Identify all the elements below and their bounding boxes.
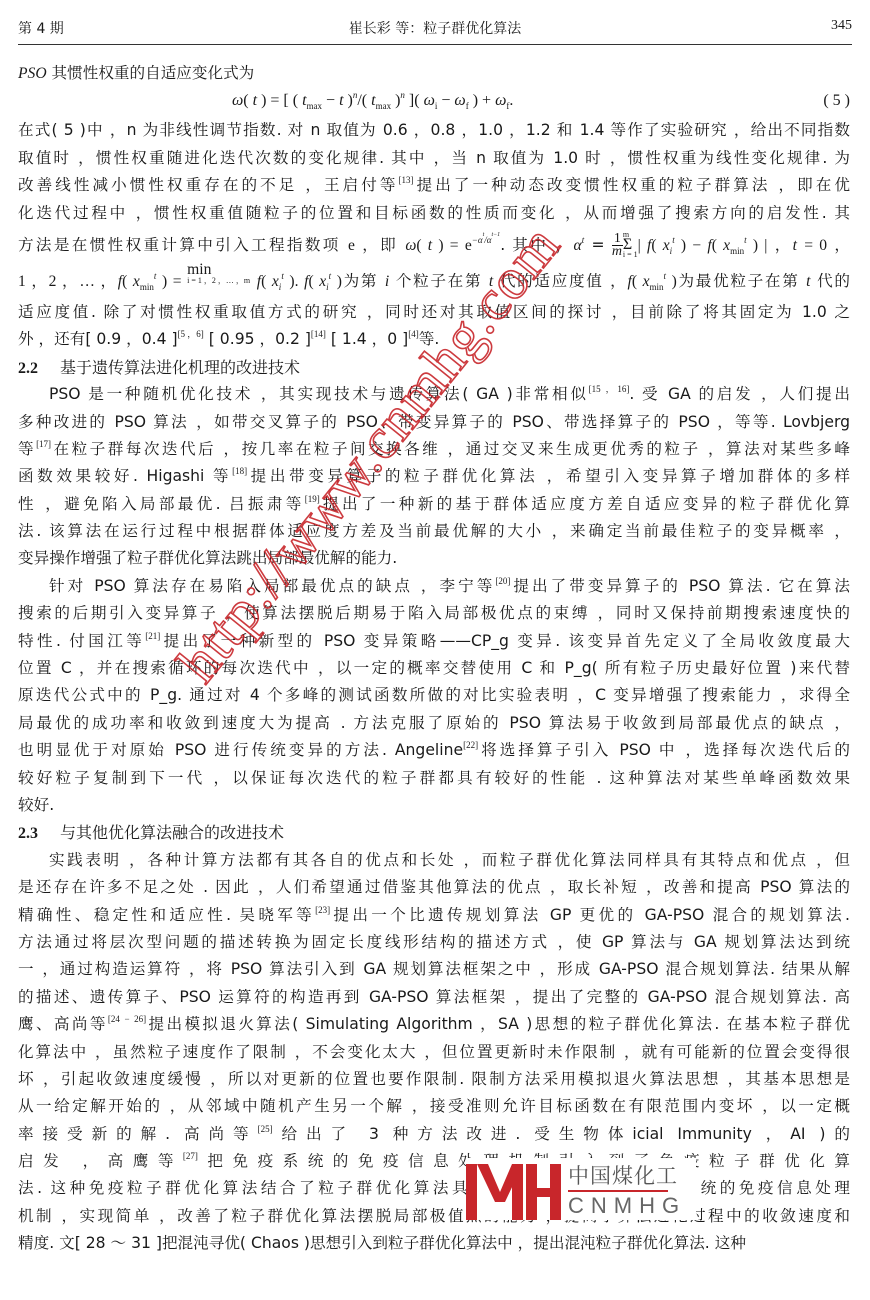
citation[interactable]: [20] xyxy=(495,576,510,586)
text-line: 也明显优于对原始 PSO 进行传统变异的方法. Angeline[22]将选择算… xyxy=(18,737,850,764)
text-segment: 方法通过将层次型问题的描述转换为固定长度线形结构的描述方式 ，使 GP 算法与 … xyxy=(18,933,850,951)
page-number: 345 xyxy=(831,18,852,34)
text-line: 法. 这种免疫粒子群优化算法结合了粒子群优化算法具有的全局寻优能力和免疫系统的免… xyxy=(18,1175,850,1202)
section-title: 与其他优化算法融合的改进技术 xyxy=(60,823,284,842)
text-segment: 是还存在许多不足之处 . 因此 ，人们希望通过借鉴其他算法的优点 ，取长补短 ，… xyxy=(18,878,850,896)
text-line: 改善线性减小惯性权重存在的不足 ，王启付等[13]提出了一种动态改变惯性权重的粒… xyxy=(18,172,850,199)
paragraph-ga-improvements: PSO 是一种随机优化技术 ，其实现技术与遗传算法( GA )非常相似[15 ，… xyxy=(18,381,850,573)
text-segment: 特性. 付国江等 xyxy=(18,632,145,650)
text-segment: 局最优的成功率和收敛到速度大为提高 . 方法克服了原始的 PSO 算法易于收敛到… xyxy=(18,714,850,732)
text-line: 实践表明 ，各种计算方法都有其各自的优点和长处 ，而粒子群优化算法同样具有其特点… xyxy=(18,847,850,874)
text-segment: 在粒子群每次迭代后 ，按几率在粒子间交换各维 ，通过交叉来生成更优秀的粒子 ，算… xyxy=(51,440,850,458)
text-segment: 性 ，避免陷入局部最优. 吕振肃等 xyxy=(18,495,305,513)
section-number: 2.3 xyxy=(18,820,60,847)
citation[interactable]: [27] xyxy=(183,1151,198,1161)
running-title: 崔长彩 等：粒子群优化算法 xyxy=(18,18,852,38)
text-line: 是还存在许多不足之处 . 因此 ，人们希望通过借鉴其他算法的优点 ，取长补短 ，… xyxy=(18,874,850,901)
text-segment: 法. 该算法在运行过程中根据群体适应度方差及当前最优解的大小 ，来确定当前最佳粒… xyxy=(18,522,850,540)
text-line: 较好. xyxy=(18,792,850,819)
text-line-with-formula: 方法是在惯性权重计算中引入工程指数项 e ，即 ω( t ) = e−αt/αt… xyxy=(18,227,850,263)
text-segment: 搜索的后期引入变异算子 ，使算法摆脱后期易于陷入局部极优点的束缚 ，同时又保持前… xyxy=(18,604,850,622)
text-segment: 坏 ，引起收敛速度缓慢 ，所以对更新的位置也要作限制. 限制方法采用模拟退火算法… xyxy=(18,1070,850,1088)
text-line: 针对 PSO 算法存在易陷入局部最优点的缺点 ，李宁等[20]提出了带变异算子的… xyxy=(18,573,850,600)
text-line: 启发 ，高鹰等[27]把免疫系统的免疫信息处理机制引入到了免疫粒子群优化算 xyxy=(18,1148,850,1175)
text-segment: 法. 这种免疫粒子群优化算法结合了粒子群优化算法具有的全局寻优能力和免疫系统的免… xyxy=(18,1179,850,1197)
journal-page: 第 4 期 崔长彩 等：粒子群优化算法 345 PSO 其惯性权重的自适应变化式… xyxy=(0,0,870,1300)
text-line: 等[17]在粒子群每次迭代后 ，按几率在粒子间交换各维 ，通过交叉来生成更优秀的… xyxy=(18,436,850,463)
text-segment: 给出了 3 种方法改进. 受生物体 xyxy=(273,1125,633,1143)
text-segment: 提出一个比遗传规划算法 GP 更优的 GA-PSO 混合的规划算法. xyxy=(330,906,850,924)
text-line: 多种改进的 PSO 算法 ，如带交叉算子的 PSO、带变异算子的 PSO、带选择… xyxy=(18,409,850,436)
text-line: 函数效果较好. Higashi 等[18]提出带变异算子的粒子群优化算法 ，希望… xyxy=(18,463,850,490)
text-line: 特性. 付国江等[21]提出了一种新型的 PSO 变异策略——CP_g 变异. … xyxy=(18,628,850,655)
text-line: 较好粒子复制到下一代 ，以保证每次迭代的粒子群都具有较好的性能 . 这种算法对某… xyxy=(18,765,850,792)
logo-name-en: CNMHG xyxy=(568,1193,686,1219)
section-heading-2-2: 2.2基于遗传算法进化机理的改进技术 xyxy=(18,354,850,381)
text-line: 化算法中 ，虽然粒子速度作了限制 ，不会变化太大 ，但位置更新时未作限制 ，就有… xyxy=(18,1039,850,1066)
text-segment: 针对 PSO 算法存在易陷入局部最优点的缺点 ，李宁等 xyxy=(49,577,495,595)
paragraph-hybrid-algorithms: 实践表明 ，各种计算方法都有其各自的优点和长处 ，而粒子群优化算法同样具有其特点… xyxy=(18,847,850,1258)
text-line: 方法通过将层次型问题的描述转换为固定长度线形结构的描述方式 ，使 GP 算法与 … xyxy=(18,929,850,956)
text-segment: 函数效果较好. Higashi 等 xyxy=(18,467,232,485)
text-segment: . 受 GA 的启发 ，人们提出 xyxy=(629,385,850,403)
publisher-logo: 中国煤化工 CNMHG xyxy=(466,1158,696,1220)
section-number: 2.2 xyxy=(18,355,60,382)
text-segment: 等 xyxy=(18,440,36,458)
text-segment: 提出了一种新型的 PSO 变异策略——CP_g 变异. 该变异首先定义了全局收敛… xyxy=(160,632,850,650)
equation-5: ω( t ) = [ ( tmax − t )n/( tmax )n ]( ωi… xyxy=(18,87,850,117)
text-segment: 一 ，通过构造运算符 ，将 PSO 算法引入到 GA 规划算法框架之中 ，形成 … xyxy=(18,960,850,978)
text-segment: PSO 是一种随机优化技术 ，其实现技术与遗传算法( GA )非常相似 xyxy=(49,385,589,403)
text-segment: 精确性、稳定性和适应性. 吴晓军等 xyxy=(18,906,315,924)
text-line: 外 ，还有[ 0.9 ，0.4 ][5 ，6] [ 0.95 ，0.2 ][14… xyxy=(18,326,850,353)
text-line: 局最优的成功率和收敛到速度大为提高 . 方法克服了原始的 PSO 算法易于收敛到… xyxy=(18,710,850,737)
text-segment: 精度. 文[ 28 ～ 31 ]把混沌寻优( Chaos )思想引入到粒子群优化… xyxy=(18,1234,746,1252)
text-line: 的描述、遗传算子、PSO 运算符的构造再到 GA-PSO 算法框架 ，提出了完整… xyxy=(18,984,850,1011)
text-line: 原迭代公式中的 P_g. 通过对 4 个多峰的测试函数所做的对比实验表明 ，C … xyxy=(18,682,850,709)
citation[interactable]: [18] xyxy=(232,466,247,476)
citation[interactable]: [5 ，6] xyxy=(178,329,204,339)
text-segment: 也明显优于对原始 PSO 进行传统变异的方法. Angeline xyxy=(18,741,463,759)
text-segment: 变异操作增强了粒子群优化算法跳出局部最优解的能力. xyxy=(18,549,397,567)
text-segment: 将选择算子引入 PSO 中 ，选择每次迭代后的 xyxy=(478,741,850,759)
citation[interactable]: [25] xyxy=(258,1124,273,1134)
text-line: 法. 该算法在运行过程中根据群体适应度方差及当前最优解的大小 ，来确定当前最佳粒… xyxy=(18,518,850,545)
text-line: 化迭代过程中 ，惯性权重值随粒子的位置和目标函数的性质而变化 ，从而增强了搜索方… xyxy=(18,200,850,227)
citation[interactable]: [15 ，16] xyxy=(589,384,630,394)
text-line: 从一给定解开始的 ，从邻域中随机产生另一个解 ，接受准则允许目标函数在有限范围内… xyxy=(18,1093,850,1120)
section-title: 基于遗传算法进化机理的改进技术 xyxy=(60,358,300,377)
text-line: 机制 ，实现简单 ，改善了粒子群优化算法摆脱局部极值点的能力 ，提高了算法进化过… xyxy=(18,1203,850,1230)
text-segment: 率接受新的解. 高尚等 xyxy=(18,1125,258,1143)
text-line: 精确性、稳定性和适应性. 吴晓军等[23]提出一个比遗传规划算法 GP 更优的 … xyxy=(18,902,850,929)
text-line: PSO 是一种随机优化技术 ，其实现技术与遗传算法( GA )非常相似[15 ，… xyxy=(18,381,850,408)
text-line: 取值时 ，惯性权重随进化迭代次数的变化规律. 其中 ，当 n 取值为 1.0 时… xyxy=(18,145,850,172)
text-segment: 多种改进的 PSO 算法 ，如带交叉算子的 PSO、带变异算子的 PSO、带选择… xyxy=(18,413,850,431)
citation[interactable]: [4] xyxy=(408,329,419,339)
citation[interactable]: [21] xyxy=(145,631,160,641)
text-line: 适应度值. 除了对惯性权重取值方式的研究 ，同时还对其取值区间的探讨 ，目前除了… xyxy=(18,299,850,326)
equation-5-number: ( 5 ) xyxy=(823,87,850,114)
text-segment: 位置 C ，并在搜索循环的每次迭代中 ，以一定的概率交替使用 C 和 P_g( … xyxy=(18,659,850,677)
mh-logo-icon xyxy=(466,1158,562,1220)
article-body: PSO 其惯性权重的自适应变化式为 ω( t ) = [ ( tmax − t … xyxy=(18,60,850,1258)
text-segment: 较好. xyxy=(18,796,54,814)
text-line: 位置 C ，并在搜索循环的每次迭代中 ，以一定的概率交替使用 C 和 P_g( … xyxy=(18,655,850,682)
text-segment: 较好粒子复制到下一代 ，以保证每次迭代的粒子群都具有较好的性能 . 这种算法对某… xyxy=(18,769,850,787)
text-segment: 提出带变异算子的粒子群优化算法 ，希望引入变异算子增加群体的多样 xyxy=(247,467,850,485)
citation[interactable]: [22] xyxy=(463,740,478,750)
citation[interactable]: [17] xyxy=(36,439,51,449)
text-line-with-formula: 1 ，2 ，… ，f( xmint ) = mini = 1 ，2 ，… ，m … xyxy=(18,263,850,299)
text-segment: 实践表明 ，各种计算方法都有其各自的优点和长处 ，而粒子群优化算法同样具有其特点… xyxy=(49,851,850,869)
running-header: 第 4 期 崔长彩 等：粒子群优化算法 345 xyxy=(18,14,852,45)
text-line: 精度. 文[ 28 ～ 31 ]把混沌寻优( Chaos )思想引入到粒子群优化… xyxy=(18,1230,850,1257)
text-line: 搜索的后期引入变异算子 ，使算法摆脱后期易于陷入局部极优点的束缚 ，同时又保持前… xyxy=(18,600,850,627)
paragraph-inertia-weight: 在式( 5 )中 ，n 为非线性调节指数. 对 n 取值为 0.6 ，0.8 ，… xyxy=(18,117,850,353)
equation-5-expression: ω( t ) = [ ( tmax − t )n/( tmax )n ]( ωi… xyxy=(232,87,513,114)
text-segment: 提出了一种新的基于群体适应度方差自适应变异的粒子群优化算 xyxy=(320,495,850,513)
text-segment: 机制 ，实现简单 ，改善了粒子群优化算法摆脱局部极值点的能力 ，提高了算法进化过… xyxy=(18,1207,850,1225)
citation[interactable]: [24 − 26] xyxy=(108,1014,146,1024)
citation[interactable]: [23] xyxy=(315,905,330,915)
text-line: 性 ，避免陷入局部最优. 吕振肃等[19]提出了一种新的基于群体适应度方差自适应… xyxy=(18,491,850,518)
text-line: 一 ，通过构造运算符 ，将 PSO 算法引入到 GA 规划算法框架之中 ，形成 … xyxy=(18,956,850,983)
text-line: 变异操作增强了粒子群优化算法跳出局部最优解的能力. xyxy=(18,545,850,572)
section-heading-2-3: 2.3与其他优化算法融合的改进技术 xyxy=(18,819,850,846)
citation[interactable]: [19] xyxy=(305,494,320,504)
text-segment: 提出模拟退火算法( Simulating Algorithm ，SA )思想的粒… xyxy=(146,1015,850,1033)
text-segment: icial Immunity ，AI )的 xyxy=(632,1125,850,1143)
text-segment: 从一给定解开始的 ，从邻域中随机产生另一个解 ，接受准则允许目标函数在有限范围内… xyxy=(18,1097,850,1115)
text-segment: 提出了带变异算子的 PSO 算法. 它在算法 xyxy=(510,577,850,595)
text-line: 在式( 5 )中 ，n 为非线性调节指数. 对 n 取值为 0.6 ，0.8 ，… xyxy=(18,117,850,144)
text-line: 坏 ，引起收敛速度缓慢 ，所以对更新的位置也要作限制. 限制方法采用模拟退火算法… xyxy=(18,1066,850,1093)
text-segment: 启发 ，高鹰等 xyxy=(18,1152,183,1170)
text-segment: 的描述、遗传算子、PSO 运算符的构造再到 GA-PSO 算法框架 ，提出了完整… xyxy=(18,988,850,1006)
text-line: 鹰、高尚等[24 − 26]提出模拟退火算法( Simulating Algor… xyxy=(18,1011,850,1038)
logo-divider xyxy=(568,1190,668,1192)
citation[interactable]: [13] xyxy=(399,175,414,185)
text-segment: 化算法中 ，虽然粒子速度作了限制 ，不会变化太大 ，但位置更新时未作限制 ，就有… xyxy=(18,1043,850,1061)
logo-name-cn: 中国煤化工 xyxy=(568,1160,678,1190)
citation[interactable]: [14] xyxy=(311,329,326,339)
text-line: 率接受新的解. 高尚等[25]给出了 3 种方法改进. 受生物体icial Im… xyxy=(18,1121,850,1148)
text-segment: 鹰、高尚等 xyxy=(18,1015,108,1033)
paragraph-mutation-operators: 针对 PSO 算法存在易陷入局部最优点的缺点 ，李宁等[20]提出了带变异算子的… xyxy=(18,573,850,820)
intro-line: PSO 其惯性权重的自适应变化式为 xyxy=(18,60,850,87)
text-segment: 原迭代公式中的 P_g. 通过对 4 个多峰的测试函数所做的对比实验表明 ，C … xyxy=(18,686,850,704)
